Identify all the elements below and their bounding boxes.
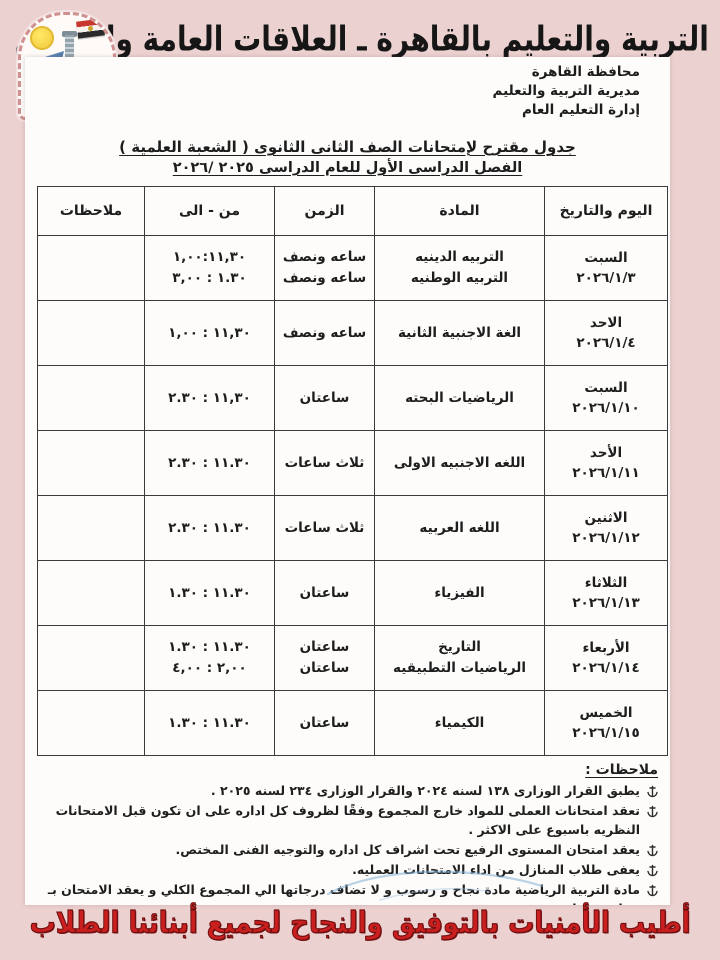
time-cell: ١,٠٠:١١,٣٠٣,٠٠ : ١.٣٠ <box>145 236 275 301</box>
day-date-cell: الاحد٢٠٢٦/١/٤ <box>545 301 668 366</box>
time-cell: ١.٣٠ : ١١.٣٠ <box>145 691 275 756</box>
duration-cell: ساعتان <box>275 366 375 431</box>
notes-cell <box>38 496 145 561</box>
anchor-bullet-icon <box>647 805 658 818</box>
day-date-cell: الاثنين٢٠٢٦/١/١٢ <box>545 496 668 561</box>
subject-name: التاريخ <box>378 637 541 658</box>
exam-date: ٢٠٢٦/١/١٣ <box>548 593 664 613</box>
time-range: ٣,٠٠ : ١.٣٠ <box>148 268 271 289</box>
time-range: ٢.٣٠ : ١١,٣٠ <box>168 390 251 406</box>
notes-cell <box>38 431 145 496</box>
schedule-title: جدول مقترح لإمتحانات الصف الثانى الثانوى… <box>25 138 670 156</box>
note-item: يعفى طلاب المنازل من اداء الامتحانات الع… <box>39 860 658 879</box>
subject-cell: اللغه العربيه <box>375 496 545 561</box>
notes-cell <box>38 561 145 626</box>
day-name: الأربعاء <box>548 638 664 658</box>
duration-text: ساعه ونصف <box>278 247 371 268</box>
day-name: السبت <box>548 378 664 398</box>
day-name: السبت <box>548 248 664 268</box>
day-date-cell: السبت٢٠٢٦/١/٣ <box>545 236 668 301</box>
day-date-cell: الأحد٢٠٢٦/١/١١ <box>545 431 668 496</box>
semester-subtitle: الفصل الدراسى الأول للعام الدراسى ٢٠٢٥ /… <box>25 160 670 176</box>
duration-cell: ساعتان <box>275 691 375 756</box>
exam-row: السبت٢٠٢٦/١/١٠ الرياضيات البحته ساعتان ٢… <box>38 366 668 431</box>
anchor-bullet-icon <box>647 785 658 798</box>
note-text: تعقد امتحانات العملى للمواد خارج المجموع… <box>39 801 640 839</box>
letterhead-directorate: مديرية التربية والتعليم <box>25 82 640 101</box>
notes-cell <box>38 366 145 431</box>
letterhead-administration: إدارة التعليم العام <box>25 101 640 120</box>
letterhead-governorate: محافظة القاهرة <box>25 63 640 82</box>
exam-row: الاثنين٢٠٢٦/١/١٢ اللغه العربيه ثلاث ساعا… <box>38 496 668 561</box>
footer-wishes-text: أطيب الأمنيات بالتوفيق والنجاح لجميع أبن… <box>0 906 720 941</box>
notes-cell <box>38 301 145 366</box>
time-range: ٤,٠٠ : ٢,٠٠ <box>148 658 271 679</box>
exam-date: ٢٠٢٦/١/١٥ <box>548 723 664 743</box>
day-name: الاحد <box>548 313 664 333</box>
time-cell: ٢.٣٠ : ١١,٣٠ <box>145 366 275 431</box>
letterhead: محافظة القاهرة مديرية التربية والتعليم إ… <box>25 57 670 120</box>
duration-text: ساعتان <box>278 658 371 679</box>
duration-cell: ساعه ونصفساعه ونصف <box>275 236 375 301</box>
subject-cell: الفيزياء <box>375 561 545 626</box>
exam-date: ٢٠٢٦/١/٤ <box>548 333 664 353</box>
note-item: يطبق القرار الوزارى ١٣٨ لسنه ٢٠٢٤ والقرا… <box>39 781 658 800</box>
day-date-cell: السبت٢٠٢٦/١/١٠ <box>545 366 668 431</box>
header-subject: المادة <box>375 187 545 236</box>
document-sheet: محافظة القاهرة مديرية التربية والتعليم إ… <box>25 57 670 905</box>
time-range: ١.٣٠ : ١١.٣٠ <box>148 637 271 658</box>
duration-cell: ثلاث ساعات <box>275 431 375 496</box>
day-name: الخميس <box>548 703 664 723</box>
notes-heading: ملاحظات : <box>39 762 658 778</box>
day-name: الثلاثاء <box>548 573 664 593</box>
notes-cell <box>38 626 145 691</box>
subject-cell: اللغه الاجنبيه الاولى <box>375 431 545 496</box>
notes-section: ملاحظات : يطبق القرار الوزارى ١٣٨ لسنه ٢… <box>39 762 658 905</box>
document-title-block: جدول مقترح لإمتحانات الصف الثانى الثانوى… <box>25 138 670 176</box>
note-item: تعقد امتحانات العملى للمواد خارج المجموع… <box>39 801 658 839</box>
scanned-exam-schedule-page: { "banner": { "title": "مديرية التربية و… <box>0 0 720 960</box>
sun-icon <box>30 26 54 50</box>
subject-cell: التربيه الدينيهالتربيه الوطنيه <box>375 236 545 301</box>
duration-text: ساعه ونصف <box>278 268 371 289</box>
exam-row: السبت٢٠٢٦/١/٣ التربيه الدينيهالتربيه الو… <box>38 236 668 301</box>
time-range: ١.٣٠ : ١١.٣٠ <box>168 585 251 601</box>
anchor-bullet-icon <box>647 884 658 897</box>
day-date-cell: الثلاثاء٢٠٢٦/١/١٣ <box>545 561 668 626</box>
day-name: الاثنين <box>548 508 664 528</box>
note-text: يعفى طلاب المنازل من اداء الامتحانات الع… <box>352 860 640 879</box>
time-cell: ١,٠٠ : ١١,٣٠ <box>145 301 275 366</box>
duration-cell: ثلاث ساعات <box>275 496 375 561</box>
anchor-bullet-icon <box>647 844 658 857</box>
subject-cell: الرياضيات البحته <box>375 366 545 431</box>
time-range: ١,٠٠:١١,٣٠ <box>148 247 271 268</box>
exam-row: الأحد٢٠٢٦/١/١١ اللغه الاجنبيه الاولى ثلا… <box>38 431 668 496</box>
day-name: الأحد <box>548 443 664 463</box>
notes-cell <box>38 691 145 756</box>
duration-text: ساعتان <box>278 637 371 658</box>
exam-row: الأربعاء٢٠٢٦/١/١٤ التاريخالرياضيات التطب… <box>38 626 668 691</box>
time-range: ٢.٣٠ : ١١.٣٠ <box>168 455 251 471</box>
day-date-cell: الخميس٢٠٢٦/١/١٥ <box>545 691 668 756</box>
notes-cell <box>38 236 145 301</box>
table-header-row: اليوم والتاريخ المادة الزمن من - الى ملا… <box>38 187 668 236</box>
note-item: مادة التربية الرياضية مادة نجاح و رسوب و… <box>39 880 658 905</box>
duration-cell: ساعه ونصف <box>275 301 375 366</box>
duration-cell: ساعتان <box>275 561 375 626</box>
time-cell: ١.٣٠ : ١١.٣٠ <box>145 561 275 626</box>
exam-date: ٢٠٢٦/١/١٢ <box>548 528 664 548</box>
time-cell: ١.٣٠ : ١١.٣٠٤,٠٠ : ٢,٠٠ <box>145 626 275 691</box>
subject-name: الرياضيات التطبيقيه <box>378 658 541 679</box>
time-cell: ٢.٣٠ : ١١.٣٠ <box>145 496 275 561</box>
subject-cell: التاريخالرياضيات التطبيقيه <box>375 626 545 691</box>
note-text: مادة التربية الرياضية مادة نجاح و رسوب و… <box>39 880 640 905</box>
exam-date: ٢٠٢٦/١/١٤ <box>548 658 664 678</box>
subject-cell: الغة الاجنبية الثانية <box>375 301 545 366</box>
exam-schedule-table: اليوم والتاريخ المادة الزمن من - الى ملا… <box>37 186 668 756</box>
subject-name: التربيه الدينيه <box>378 247 541 268</box>
exam-row: الاحد٢٠٢٦/١/٤ الغة الاجنبية الثانية ساعه… <box>38 301 668 366</box>
duration-cell: ساعتانساعتان <box>275 626 375 691</box>
exam-date: ٢٠٢٦/١/٣ <box>548 268 664 288</box>
note-text: يعقد امتحان المستوى الرفيع تحت اشراف كل … <box>176 840 641 859</box>
header-from-to: من - الى <box>145 187 275 236</box>
exam-date: ٢٠٢٦/١/١٠ <box>548 398 664 418</box>
header-notes: ملاحظات <box>38 187 145 236</box>
day-date-cell: الأربعاء٢٠٢٦/١/١٤ <box>545 626 668 691</box>
header-day-date: اليوم والتاريخ <box>545 187 668 236</box>
note-item: يعقد امتحان المستوى الرفيع تحت اشراف كل … <box>39 840 658 859</box>
anchor-bullet-icon <box>647 864 658 877</box>
time-cell: ٢.٣٠ : ١١.٣٠ <box>145 431 275 496</box>
header-duration: الزمن <box>275 187 375 236</box>
subject-cell: الكيمياء <box>375 691 545 756</box>
time-range: ٢.٣٠ : ١١.٣٠ <box>168 520 251 536</box>
note-text: يطبق القرار الوزارى ١٣٨ لسنه ٢٠٢٤ والقرا… <box>211 781 640 800</box>
subject-name: التربيه الوطنيه <box>378 268 541 289</box>
time-range: ١,٠٠ : ١١,٣٠ <box>168 325 251 341</box>
exam-date: ٢٠٢٦/١/١١ <box>548 463 664 483</box>
exam-row: الثلاثاء٢٠٢٦/١/١٣ الفيزياء ساعتان ١.٣٠ :… <box>38 561 668 626</box>
egypt-flag-icon <box>76 18 105 38</box>
exam-row: الخميس٢٠٢٦/١/١٥ الكيمياء ساعتان ١.٣٠ : ١… <box>38 691 668 756</box>
time-range: ١.٣٠ : ١١.٣٠ <box>168 715 251 731</box>
